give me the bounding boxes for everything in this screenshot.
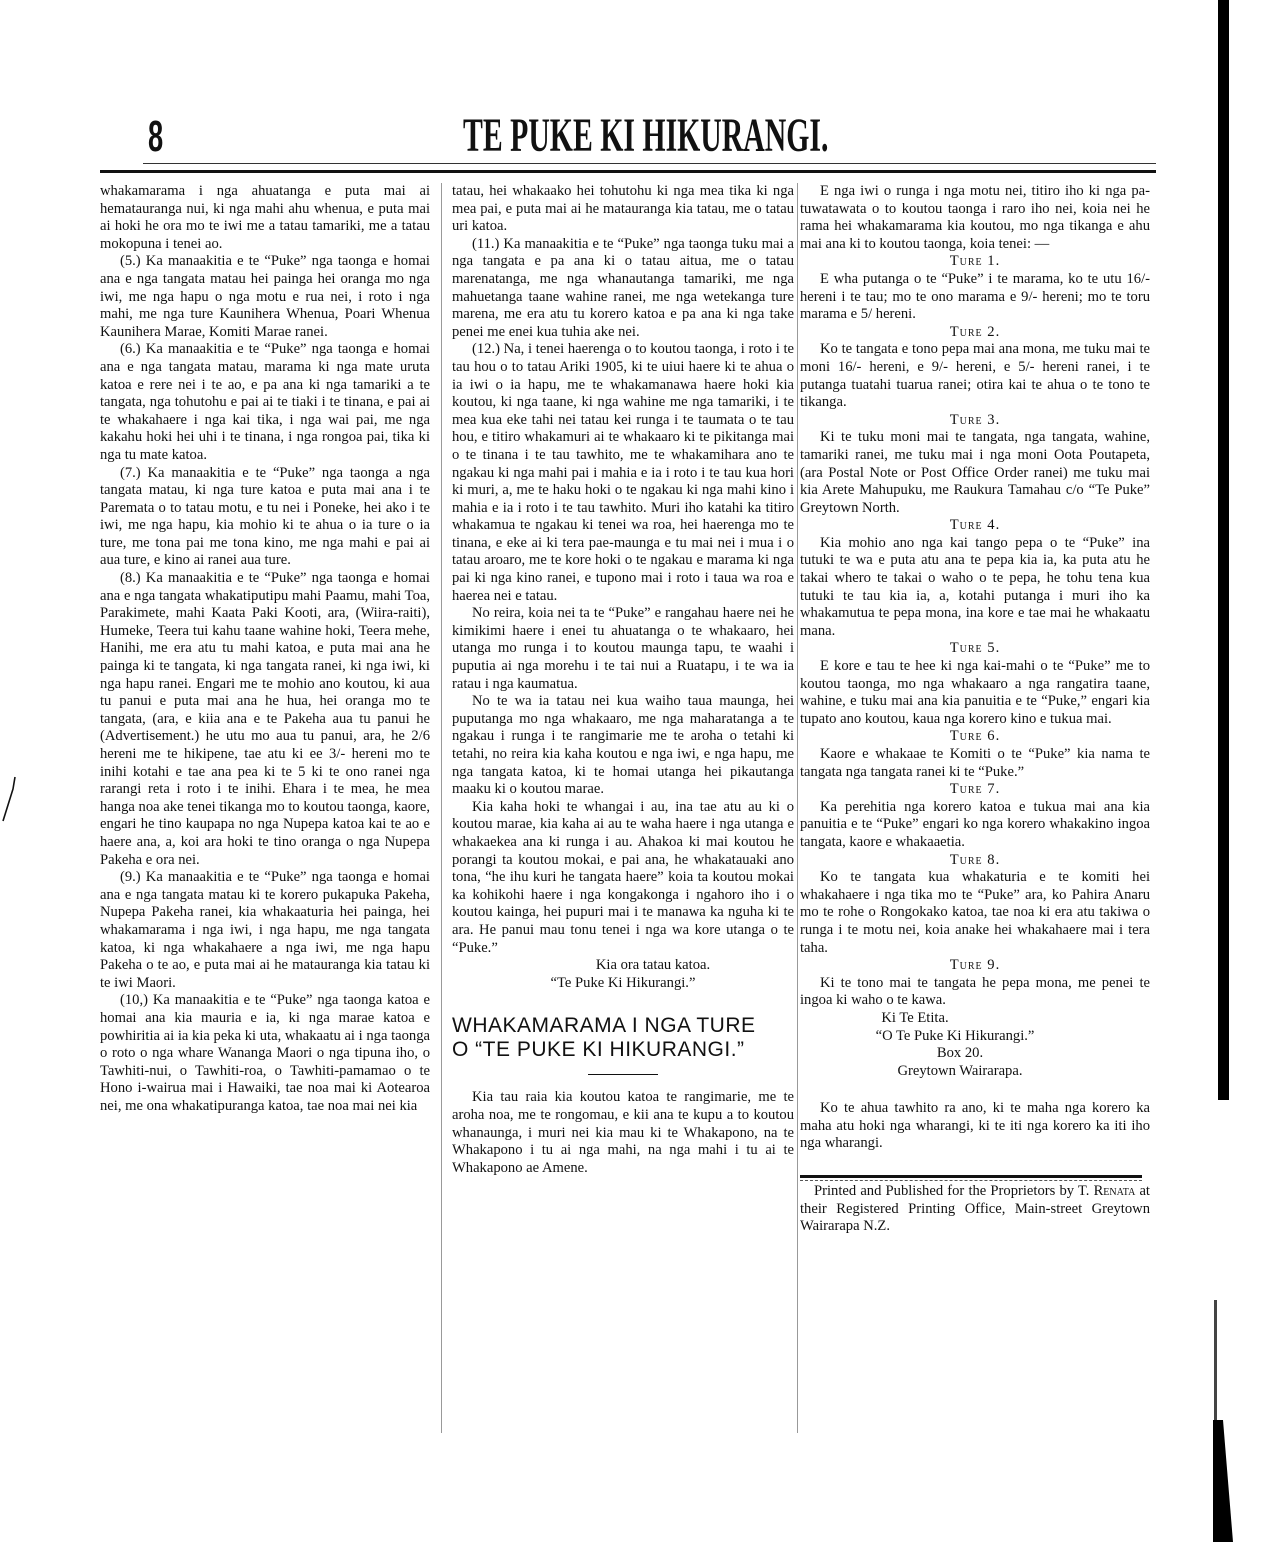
address-editor: Ki Te Etita. [800,1010,1150,1028]
rule-text: Ko te tangata e tono pepa mai ana mona, … [800,341,1150,411]
signoff-paper-name: “Te Puke Ki Hikurangi.” [452,975,794,993]
address-town: Greytown Wairarapa. [800,1063,1150,1081]
rule-heading: Ture 1. [800,253,1150,271]
article-paragraph: (11.) Ka manaakitia e te “Puke” nga taon… [452,236,794,342]
rule-heading: Ture 4. [800,517,1150,535]
rule-text: Ko te tangata kua whakaturia e te komiti… [800,869,1150,957]
headline-line-2: O “TE PUKE KI HIKURANGI.” [452,1038,794,1062]
article-paragraph: No reira, koia nei ta te “Puke” e rangah… [452,605,794,693]
column-divider [441,183,442,1433]
newspaper-title: TE PUKE KI HIKURANGI. [463,108,828,163]
page-edge-line [1214,1300,1217,1425]
article-paragraph: (9.) Ka manaakitia e te “Puke” nga taong… [100,869,430,992]
rule-heading: Ture 5. [800,640,1150,658]
article-paragraph: Kia kaha hoki te whangai i au, ina tae a… [452,799,794,957]
rules-intro: Kia tau raia kia koutou katoa te rangima… [452,1089,794,1177]
header-rule-thin [143,163,1156,164]
rule-text: E kore e tau te hee ki nga kai-mahi o te… [800,658,1150,728]
rule-heading: Ture 7. [800,781,1150,799]
article-paragraph: (10,) Ka manaakitia e te “Puke” nga taon… [100,992,430,1115]
rule-text: E wha putanga o te “Puke” i te marama, k… [800,271,1150,324]
rule-heading: Ture 8. [800,852,1150,870]
article-paragraph: (12.) Na, i tenei haerenga o to koutou t… [452,341,794,605]
printer-imprint: Printed and Published for the Proprietor… [800,1183,1150,1236]
rule-text: Kaore e whakaae te Komiti o te “Puke” ki… [800,746,1150,781]
article-paragraph: (7.) Ka manaakitia e te “Puke” nga taong… [100,465,430,571]
article-paragraph: tatau, hei whakaako hei tohutohu ki nga … [452,183,794,236]
article-paragraph: whakamarama i nga ahuatanga e puta mai a… [100,183,430,253]
imprint-rule [800,1175,1142,1178]
rule-text: Ka perehitia nga korero katoa e tukua ma… [800,799,1150,852]
printer-name: Renata [1094,1183,1136,1199]
margin-pen-mark [2,775,16,825]
page-edge-shadow [1218,0,1229,1100]
rule-heading: Ture 9. [800,957,1150,975]
column-3: E nga iwi o runga i nga motu nei, titiro… [800,183,1150,1236]
closing-note: Ko te ahua tawhito ra ano, ki te maha ng… [800,1100,1150,1153]
article-paragraph: (6.) Ka manaakitia e te “Puke” nga taong… [100,341,430,464]
header-rule-thick [100,170,1156,173]
address-box: Box 20. [800,1045,1150,1063]
headline-line-1: WHAKAMARAMA I NGA TURE [452,1014,794,1038]
article-paragraph: (8.) Ka manaakitia e te “Puke” nga taong… [100,570,430,869]
column-divider [797,183,798,1433]
address-paper: “O Te Puke Ki Hikurangi.” [800,1028,1150,1046]
rule-text: Ki te tono mai te tangata he pepa mona, … [800,975,1150,1010]
headline-divider [588,1074,658,1075]
rule-heading: Ture 2. [800,324,1150,342]
section-headline: WHAKAMARAMA I NGA TURE O “TE PUKE KI HIK… [452,1014,794,1062]
rule-heading: Ture 6. [800,728,1150,746]
page-edge-wedge [1213,1420,1233,1542]
rules-preamble: E nga iwi o runga i nga motu nei, titiro… [800,183,1150,253]
signoff-greeting: Kia ora tatau katoa. [452,957,794,975]
imprint-prefix: Printed and Published for the Proprietor… [814,1183,1094,1199]
rule-text: Ki te tuku moni mai te tangata, nga tang… [800,429,1150,517]
column-2: tatau, hei whakaako hei tohutohu ki nga … [452,183,794,1177]
article-paragraph: (5.) Ka manaakitia e te “Puke” nga taong… [100,253,430,341]
page-number: 8 [148,112,163,162]
imprint-rule-dashed [800,1180,1142,1181]
article-paragraph: No te wa ia tatau nei kua waiho taua mau… [452,693,794,799]
column-1: whakamarama i nga ahuatanga e puta mai a… [100,183,430,1115]
rule-heading: Ture 3. [800,412,1150,430]
rule-text: Kia mohio ano nga kai tango pepa o te “P… [800,535,1150,641]
